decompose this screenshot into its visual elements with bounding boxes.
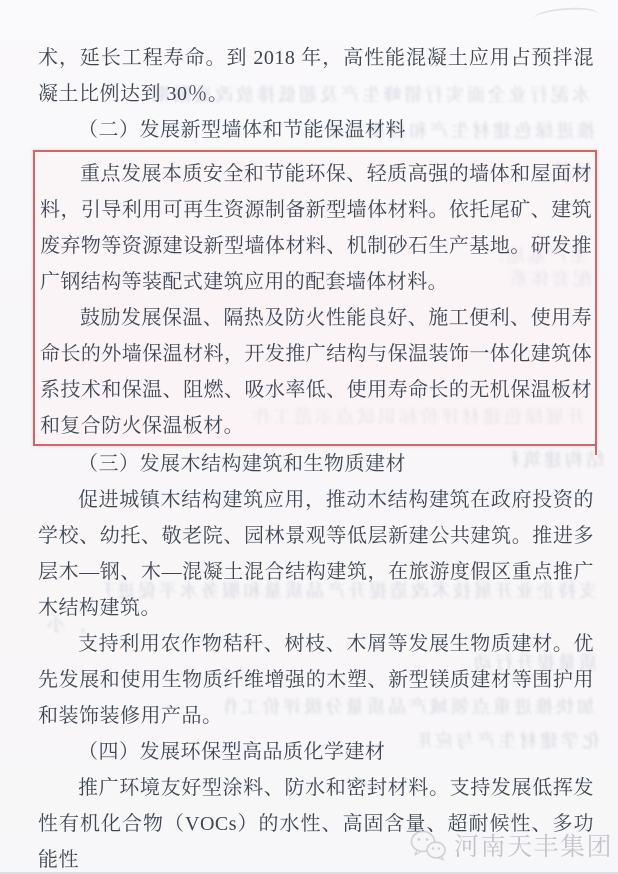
- watermark: 河南天丰集团: [409, 827, 613, 863]
- section-heading-4: （四）发展环保型高品质化学建材: [38, 734, 594, 770]
- body-paragraph-3a: 促进城镇木结构建筑应用，推动木结构建筑在政府投资的学校、幼托、敬老院、园林景观等…: [38, 482, 594, 626]
- wechat-icon: [409, 829, 447, 862]
- section-heading-3: （三）发展木结构建筑和生物质建材: [38, 446, 594, 482]
- continued-paragraph: 术，延长工程寿命。到 2018 年，高性能混凝土应用占预拌混凝土比例达到 30％…: [38, 40, 594, 112]
- body-paragraph-3b: 支持利用农作物秸秆、树枝、木屑等发展生物质建材。优先发展和使用生物质纤维增强的木…: [38, 626, 594, 734]
- boxed-paragraph-2: 鼓励发展保温、隔热及防火性能良好、施工便利、使用寿命长的外墙保温材料，开发推广结…: [40, 300, 592, 444]
- document-body: 术，延长工程寿命。到 2018 年，高性能混凝土应用占预拌混凝土比例达到 30％…: [0, 0, 618, 874]
- scanned-document-page: 水泥行业全面实行错峰生产及超低排放改造限期完成 推进绿色建材生产和应用行动方案 …: [0, 0, 618, 874]
- watermark-label: 河南天丰集团: [454, 827, 613, 863]
- boxed-paragraph-1: 重点发展本质安全和节能环保、轻质高强的墙体和屋面材料，引导利用可再生资源制备新型…: [40, 156, 592, 300]
- section-heading-2: （二）发展新型墙体和节能保温材料: [38, 112, 594, 148]
- red-highlight-box: 重点发展本质安全和节能环保、轻质高强的墙体和屋面材料，引导利用可再生资源制备新型…: [33, 150, 597, 446]
